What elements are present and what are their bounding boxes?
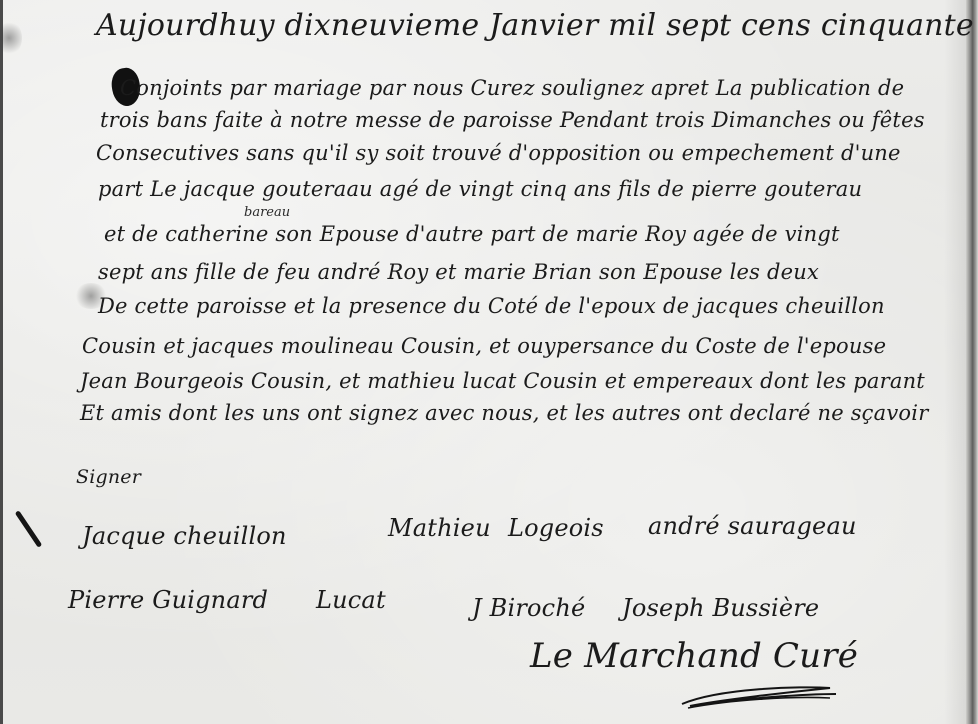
ink-smudge: [0, 20, 22, 56]
record-line-9: Cousin et jacques moulineau Cousin, et o…: [82, 334, 886, 358]
record-line-10: Jean Bourgeois Cousin, et mathieu lucat …: [80, 369, 925, 393]
record-line-1: Aujourdhuy dixneuvieme Janvier mil sept …: [96, 8, 978, 43]
signature-paraph-flourish: [680, 680, 840, 710]
record-line-12: Signer: [76, 466, 141, 488]
signature-pierre-guignard: Pierre Guignard: [68, 586, 268, 614]
signature-j-biroche: J Biroché: [472, 594, 585, 622]
record-line-2: Conjoints par mariage par nous Curez sou…: [120, 76, 904, 100]
record-line-7: sept ans fille de feu andré Roy et marie…: [98, 260, 819, 284]
signature-mathieu: Mathieu: [388, 514, 491, 542]
record-line-5: part Le jacque gouteraau agé de vingt ci…: [98, 177, 862, 201]
record-line-6: et de catherine son Epouse d'autre part …: [104, 222, 840, 246]
signature-logeois: Logeois: [508, 514, 604, 542]
margin-ink-stroke: [15, 510, 43, 548]
signature-lucat: Lucat: [316, 586, 386, 614]
interlinear-insertion: bareau: [244, 205, 290, 220]
signature-officiant-curate: Le Marchand Curé: [530, 636, 858, 676]
page-left-edge: [0, 0, 3, 724]
page-binding-gutter: [966, 0, 978, 724]
signature-andre-saurageau: andré saurageau: [648, 512, 857, 540]
record-line-4: Consecutives sans qu'il sy soit trouvé d…: [96, 141, 901, 165]
binding-shadow: [944, 0, 966, 724]
scanned-document-page: Aujourdhuy dixneuvieme Janvier mil sept …: [0, 0, 978, 724]
record-line-11: Et amis dont les uns ont signez avec nou…: [80, 401, 928, 425]
record-line-8: De cette paroisse et la presence du Coté…: [98, 294, 885, 318]
signature-jacque-cheuillon: Jacque cheuillon: [82, 522, 287, 550]
signature-joseph-bussiere: Joseph Bussière: [622, 594, 819, 622]
record-line-3: trois bans faite à notre messe de parois…: [100, 108, 925, 132]
